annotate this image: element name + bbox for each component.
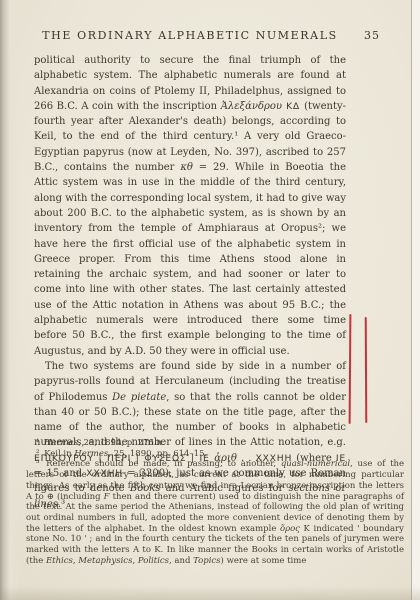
footnotes-block: ¹ Hermes, 29, 1894, p. 276 n. ² Keil in … bbox=[26, 438, 404, 566]
red-margin-mark bbox=[349, 314, 352, 424]
work-title-italic: Politics bbox=[138, 556, 169, 566]
footnote-marker: ³ bbox=[36, 459, 46, 469]
footnote-3: ³ Reference should be made, in passing, … bbox=[26, 459, 404, 566]
work-title-italic: Topics bbox=[193, 556, 220, 566]
page-right-edge bbox=[411, 0, 420, 600]
work-title-italic: Ethics bbox=[46, 556, 73, 566]
page-title: THE ORDINARY ALPHABETIC NUMERALS bbox=[34, 29, 346, 42]
text-run: , and bbox=[169, 556, 193, 566]
greek-term: κθ bbox=[180, 162, 193, 173]
running-header: THE ORDINARY ALPHABETIC NUMERALS 35 bbox=[34, 29, 346, 45]
text-run: ) were at some time bbox=[221, 556, 307, 566]
greek-term: ὅρος bbox=[280, 524, 300, 534]
red-margin-mark bbox=[365, 317, 368, 423]
journal-title-italic: Hermes bbox=[44, 438, 78, 448]
footnote-marker: ² bbox=[36, 449, 44, 459]
text-run: = 29. While in Boeotia the Attic system … bbox=[34, 162, 346, 357]
footnote-1: ¹ Hermes, 29, 1894, p. 276 n. bbox=[26, 438, 404, 449]
journal-title-italic: Hermes bbox=[74, 449, 108, 459]
text-run: Reference should be made, in passing, to… bbox=[46, 459, 281, 469]
text-run: , 25, 1890, pp. 614–15. bbox=[108, 449, 207, 459]
text-run: Keil in bbox=[44, 449, 74, 459]
italic-word: quasi-numerical bbox=[281, 459, 350, 469]
book-title-italic: De pietate bbox=[112, 392, 166, 403]
book-page: THE ORDINARY ALPHABETIC NUMERALS 35 poli… bbox=[0, 0, 420, 600]
page-bottom-shadow bbox=[0, 586, 420, 600]
work-title-italic: Metaphysics bbox=[78, 556, 132, 566]
paragraph-1: political authority to secure the final … bbox=[34, 53, 346, 359]
page-left-edge-shadow bbox=[0, 0, 20, 600]
page-number: 35 bbox=[364, 29, 380, 42]
footnote-marker: ¹ bbox=[36, 438, 44, 448]
greek-caps: ΚΔ bbox=[282, 101, 304, 112]
text-run: , 29, 1894, p. 276 n. bbox=[78, 438, 165, 448]
footnote-2: ² Keil in Hermes, 25, 1890, pp. 614–15. bbox=[26, 449, 404, 460]
greek-term: Ἀλεξάνδρου bbox=[221, 101, 282, 112]
